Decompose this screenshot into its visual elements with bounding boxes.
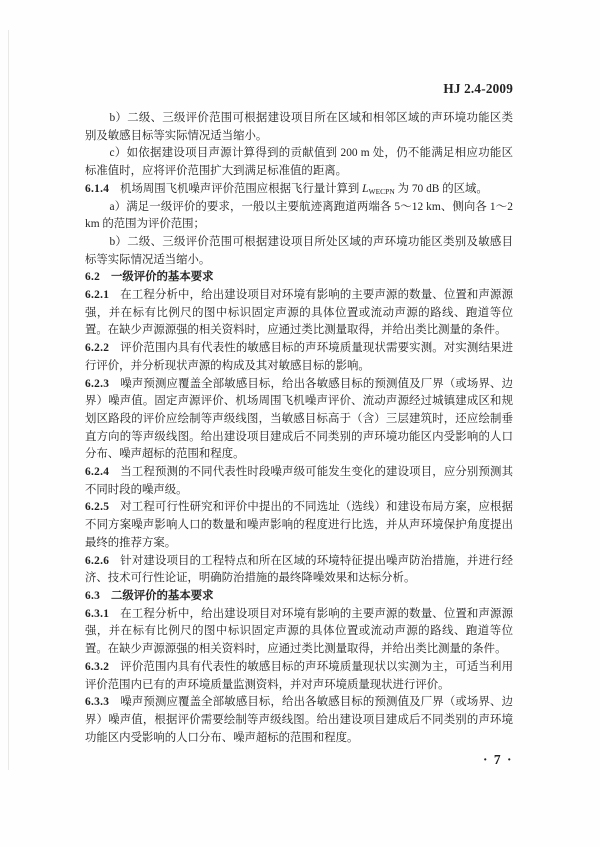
- document-body: b）二级、三级评价范围可根据建设项目所在区域和相邻区域的声环境功能区类别及敏感目…: [85, 110, 513, 747]
- text-run: b）二级、三级评价范围可根据建设项目所处区域的声环境功能区类别及敏感目标等实际情…: [85, 236, 513, 266]
- clause-number: 6.3: [85, 590, 100, 602]
- clause-number: 6.2.4: [85, 466, 109, 478]
- text-run: 机场周围飞机噪声评价范围应根据飞行量计算到: [120, 183, 362, 195]
- text-run: 为 70 dB 的区域。: [395, 183, 488, 195]
- text-run: 噪声预测应覆盖全部敏感目标，给出各敏感目标的预测值及厂界（或场界、边界）噪声值。…: [85, 378, 513, 461]
- list-item-paragraph: c）如依据建设项目声源计算得到的贡献值到 200 m 处，仍不能满足相应功能区标…: [85, 145, 513, 180]
- clause-paragraph: 6.2.6针对建设项目的工程特点和所在区域的环境特征提出噪声防治措施，并进行经济…: [85, 553, 513, 588]
- running-header: HJ 2.4-2009: [85, 81, 513, 97]
- clause-number: 6.2.6: [85, 555, 109, 567]
- math-subscript: WECPN: [369, 187, 395, 196]
- section-heading: 6.3二级评价的基本要求: [85, 588, 513, 606]
- text-run: 在工程分析中，给出建设项目对环境有影响的主要声源的数量、位置和声源源强，并在标有…: [85, 608, 513, 655]
- clause-paragraph: 6.3.3噪声预测应覆盖全部敏感目标，给出各敏感目标的预测值及厂界（或场界、边界…: [85, 694, 513, 747]
- clause-number: 6.2.2: [85, 342, 109, 354]
- clause-number: 6.3.1: [85, 608, 109, 620]
- text-run: 评价范围内具有代表性的敏感目标的声环境质量现状需要实测。对实测结果进行评价，并分…: [85, 342, 513, 372]
- clause-paragraph: 6.2.5对工程可行性研究和评价中提出的不同选址（选线）和建设布局方案，应根据不…: [85, 499, 513, 552]
- scan-edge-artifact: [8, 30, 9, 770]
- clause-paragraph: 6.3.2评价范围内具有代表性的敏感目标的声环境质量现状以实测为主，可适当利用评…: [85, 659, 513, 694]
- document-page: HJ 2.4-2009 b）二级、三级评价范围可根据建设项目所在区域和相邻区域的…: [0, 0, 600, 847]
- text-run: 当工程预测的不同代表性时段噪声级可能发生变化的建设项目，应分别预测其不同时段的噪…: [85, 466, 513, 496]
- clause-number: 6.1.4: [85, 183, 109, 195]
- clause-number: 6.3.2: [85, 661, 109, 673]
- list-item-paragraph: b）二级、三级评价范围可根据建设项目所在区域和相邻区域的声环境功能区类别及敏感目…: [85, 110, 513, 145]
- clause-number: 6.3.3: [85, 696, 109, 708]
- clause-paragraph: 6.2.3噪声预测应覆盖全部敏感目标，给出各敏感目标的预测值及厂界（或场界、边界…: [85, 376, 513, 465]
- text-run: 评价范围内具有代表性的敏感目标的声环境质量现状以实测为主，可适当利用评价范围内已…: [85, 661, 513, 691]
- text-run: 噪声预测应覆盖全部敏感目标，给出各敏感目标的预测值及厂界（或场界、边界）噪声值，…: [85, 696, 513, 743]
- clause-number: 6.2.3: [85, 378, 109, 390]
- text-run: c）如依据建设项目声源计算得到的贡献值到 200 m 处，仍不能满足相应功能区标…: [85, 147, 513, 177]
- clause-paragraph: 6.3.1在工程分析中，给出建设项目对环境有影响的主要声源的数量、位置和声源源强…: [85, 606, 513, 659]
- clause-paragraph: 6.2.1在工程分析中，给出建设项目对环境有影响的主要声源的数量、位置和声源源强…: [85, 287, 513, 340]
- clause-number: 6.2.1: [85, 289, 109, 301]
- text-run: a）满足一级评价的要求，一般以主要航迹离跑道两端各 5～12 km、侧向各 1～…: [85, 201, 513, 231]
- clause-number: 6.2.5: [85, 501, 109, 513]
- clause-number: 6.2: [85, 271, 100, 283]
- clause-paragraph: 6.2.2评价范围内具有代表性的敏感目标的声环境质量现状需要实测。对实测结果进行…: [85, 340, 513, 375]
- clause-paragraph: 6.1.4机场周围飞机噪声评价范围应根据飞行量计算到 LWECPN 为 70 d…: [85, 181, 513, 199]
- text-run: 对工程可行性研究和评价中提出的不同选址（选线）和建设布局方案，应根据不同方案噪声…: [85, 501, 513, 548]
- section-heading: 6.2一级评价的基本要求: [85, 269, 513, 287]
- text-run: 一级评价的基本要求: [111, 271, 214, 283]
- list-item-paragraph: b）二级、三级评价范围可根据建设项目所处区域的声环境功能区类别及敏感目标等实际情…: [85, 234, 513, 269]
- text-run: b）二级、三级评价范围可根据建设项目所在区域和相邻区域的声环境功能区类别及敏感目…: [85, 112, 513, 142]
- list-item-paragraph: a）满足一级评价的要求，一般以主要航迹离跑道两端各 5～12 km、侧向各 1～…: [85, 199, 513, 234]
- clause-paragraph: 6.2.4当工程预测的不同代表性时段噪声级可能发生变化的建设项目，应分别预测其不…: [85, 464, 513, 499]
- text-run: 二级评价的基本要求: [111, 590, 214, 602]
- text-run: 针对建设项目的工程特点和所在区域的环境特征提出噪声防治措施，并进行经济、技术可行…: [85, 555, 513, 585]
- page-number: · 7 ·: [85, 752, 513, 768]
- text-run: 在工程分析中，给出建设项目对环境有影响的主要声源的数量、位置和声源源强，并在标有…: [85, 289, 513, 336]
